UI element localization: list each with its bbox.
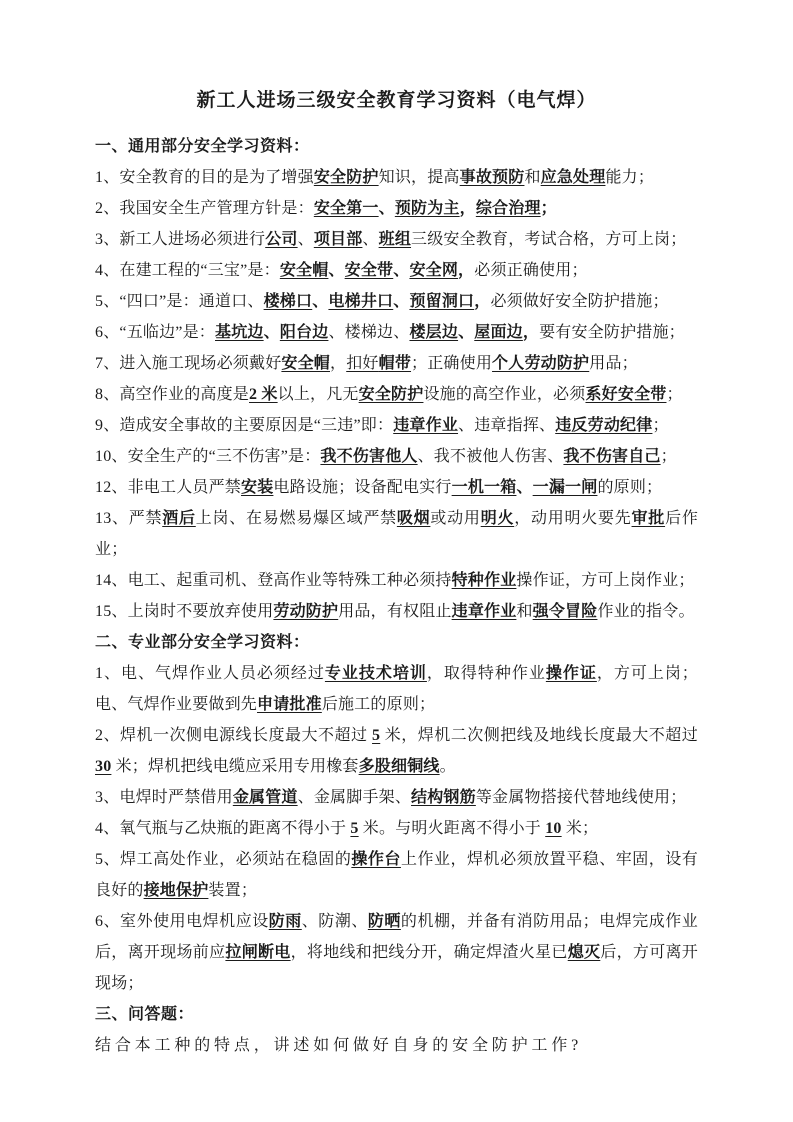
- text-segment: 4、氧气瓶与乙炔瓶的距离不得小于: [95, 820, 350, 837]
- text-segment: 劳动防护: [273, 603, 338, 620]
- text-segment: 、我不被他人伤害、: [418, 448, 564, 465]
- text-segment: ，将地线和把线分开，确定焊渣火星已: [291, 944, 568, 961]
- question-text: 结合本工种的特点，讲述如何做好自身的安全防护工作?: [95, 1030, 698, 1061]
- text-segment: 防雨: [269, 913, 302, 930]
- text-segment: 强令冒险: [533, 603, 598, 620]
- list-item: 4、氧气瓶与乙炔瓶的距离不得小于 5 米。与明火距离不得小于 10 米；: [95, 813, 698, 844]
- text-segment: 5: [350, 820, 358, 837]
- text-segment: 违章作业: [393, 417, 458, 434]
- text-segment: 申请批准: [257, 696, 322, 713]
- text-segment: 综合治理: [476, 200, 541, 217]
- text-segment: 多股细铜线: [359, 758, 440, 775]
- text-segment: 9、造成安全事故的主要原因是“三违”即：: [95, 417, 393, 434]
- list-item: 5、焊工高处作业，必须站在稳固的操作台上作业，焊机必须放置平稳、牢固，设有良好的…: [95, 844, 698, 906]
- text-segment: 3、新工人进场必须进行: [95, 231, 265, 248]
- list-item: 4、在建工程的“三宝”是：安全帽、安全带、安全网，必须正确使用；: [95, 255, 698, 286]
- text-segment: 楼层边: [409, 324, 458, 341]
- text-segment: 等金属物搭接代替地线使用；: [476, 789, 687, 806]
- text-segment: 7、进入施工现场必须戴好: [95, 355, 281, 372]
- text-segment: 。: [440, 758, 456, 775]
- text-segment: 、: [393, 293, 409, 310]
- list-item: 3、新工人进场必须进行公司、项目部、班组三级安全教育，考试合格，方可上岗；: [95, 224, 698, 255]
- text-segment: 用品，有权阻止: [338, 603, 451, 620]
- text-segment: 米；焊机把线电缆应采用专用橡套: [111, 758, 358, 775]
- text-segment: 扣好: [346, 355, 378, 372]
- text-segment: 电路设施；设备配电实行: [273, 479, 451, 496]
- list-item: 6、“五临边”是：基坑边、阳台边、楼梯边、楼层边、屋面边，要有安全防护措施；: [95, 317, 698, 348]
- list-item: 7、进入施工现场必须戴好安全帽，扣好帽带；正确使用个人劳动防护用品；: [95, 348, 698, 379]
- text-segment: 、: [393, 262, 409, 279]
- text-segment: 设施的高空作业，必须: [423, 386, 585, 403]
- text-segment: ；: [666, 386, 682, 403]
- text-segment: 4、在建工程的“三宝”是：: [95, 262, 280, 279]
- text-segment: 帽带: [379, 355, 411, 372]
- text-segment: ，: [330, 355, 346, 372]
- document-title: 新工人进场三级安全教育学习资料（电气焊）: [95, 86, 698, 116]
- text-segment: ，动用明火要先: [514, 510, 631, 527]
- text-segment: 5、“四口”是：通道口、: [95, 293, 264, 310]
- text-segment: 安全网: [409, 262, 458, 279]
- text-segment: ；: [652, 417, 668, 434]
- list-item: 8、高空作业的高度是2 米以上，凡无安全防护设施的高空作业，必须系好安全带；: [95, 379, 698, 410]
- list-item: 1、安全教育的目的是为了增强安全防护知识，提高事故预防和应急处理能力；: [95, 162, 698, 193]
- text-segment: 15、上岗时不要放弃使用: [95, 603, 273, 620]
- text-segment: 30: [95, 758, 111, 775]
- section-heading: 三、问答题：: [95, 999, 698, 1030]
- text-segment: 、: [298, 231, 314, 248]
- text-segment: 能力；: [605, 169, 654, 186]
- text-segment: 、: [264, 324, 280, 341]
- text-segment: 一机一箱: [452, 479, 517, 496]
- text-segment: 操作证，方可上岗作业；: [516, 572, 694, 589]
- text-segment: 必须做好安全防护措施；: [490, 293, 668, 310]
- text-segment: 操作证: [546, 665, 597, 682]
- text-segment: 应急处理: [541, 169, 606, 186]
- list-item: 2、焊机一次侧电源线长度最大不超过 5 米，焊机二次侧把线及地线长度最大不超过 …: [95, 720, 698, 782]
- text-segment: 、: [379, 200, 395, 217]
- text-segment: 1、电、气焊作业人员必须经过: [95, 665, 325, 682]
- text-segment: 我不伤害他人: [320, 448, 417, 465]
- text-segment: 吸烟: [397, 510, 431, 527]
- document-page: 新工人进场三级安全教育学习资料（电气焊） 一、通用部分安全学习资料：1、安全教育…: [0, 0, 793, 1122]
- text-segment: 1、安全教育的目的是为了增强: [95, 169, 314, 186]
- text-segment: 、: [312, 293, 328, 310]
- text-segment: 安全第一: [314, 200, 379, 217]
- text-segment: 6、室外使用电焊机应设: [95, 913, 269, 930]
- text-segment: ，取得特种作业: [427, 665, 546, 682]
- text-segment: 安全帽: [280, 262, 329, 279]
- text-segment: 拉闸断电: [225, 944, 290, 961]
- text-segment: 米；: [562, 820, 599, 837]
- text-segment: 预留洞口: [409, 293, 474, 310]
- text-segment: 班组: [379, 231, 411, 248]
- text-segment: 要有安全防护措施；: [539, 324, 685, 341]
- text-segment: 操作台: [351, 851, 401, 868]
- text-segment: 熄灭: [568, 944, 601, 961]
- text-segment: 系好安全带: [585, 386, 666, 403]
- section-heading: 二、专业部分安全学习资料：: [95, 627, 698, 658]
- text-segment: 结构钢筋: [411, 789, 476, 806]
- text-segment: 12、非电工人员严禁: [95, 479, 241, 496]
- list-item: 6、室外使用电焊机应设防雨、防潮、防晒的机棚，并备有消防用品；电焊完成作业后，离…: [95, 906, 698, 999]
- text-segment: 后施工的原则；: [322, 696, 435, 713]
- text-segment: 特种作业: [452, 572, 517, 589]
- text-segment: 安全带: [345, 262, 394, 279]
- text-segment: 结合本工种的特点，讲述如何做好自身的安全防护工作?: [95, 1037, 582, 1054]
- list-item: 13、严禁酒后上岗、在易燃易爆区域严禁吸烟或动用明火，动用明火要先审批后作业；: [95, 503, 698, 565]
- text-segment: 三级安全教育，考试合格，方可上岗；: [411, 231, 686, 248]
- text-segment: 安装: [241, 479, 273, 496]
- text-segment: 、违章指挥、: [458, 417, 555, 434]
- text-segment: 违章作业: [452, 603, 517, 620]
- list-item: 9、造成安全事故的主要原因是“三违”即：违章作业、违章指挥、违反劳动纪律；: [95, 410, 698, 441]
- text-segment: 项目部: [314, 231, 363, 248]
- list-item: 10、安全生产的“三不伤害”是：我不伤害他人、我不被他人伤害、我不伤害自己；: [95, 441, 698, 472]
- text-segment: 事故预防: [460, 169, 525, 186]
- text-segment: 或动用: [430, 510, 480, 527]
- text-segment: 10: [545, 820, 561, 837]
- text-segment: ，: [460, 200, 476, 217]
- text-segment: 安全帽: [281, 355, 330, 372]
- text-segment: 、: [362, 231, 378, 248]
- text-segment: 个人劳动防护: [492, 355, 589, 372]
- text-segment: 违反劳动纪律: [555, 417, 652, 434]
- text-segment: 专业技术培训: [325, 665, 427, 682]
- text-segment: 8、高空作业的高度是: [95, 386, 249, 403]
- text-segment: 2、焊机一次侧电源线长度最大不超过: [95, 727, 372, 744]
- text-segment: 酒后: [162, 510, 196, 527]
- text-segment: 上岗、在易燃易爆区域严禁: [196, 510, 397, 527]
- text-segment: 14、电工、起重司机、登高作业等特殊工种必须持: [95, 572, 452, 589]
- text-segment: 米，焊机二次侧把线及地线长度最大不超过: [380, 727, 702, 744]
- text-segment: 10、安全生产的“三不伤害”是：: [95, 448, 320, 465]
- sections: 一、通用部分安全学习资料：1、安全教育的目的是为了增强安全防护知识，提高事故预防…: [95, 131, 698, 1061]
- text-segment: 安全防护: [314, 169, 379, 186]
- text-segment: 、: [458, 324, 474, 341]
- text-segment: ；正确使用: [411, 355, 492, 372]
- text-segment: 我不伤害自己: [563, 448, 660, 465]
- list-item: 1、电、气焊作业人员必须经过专业技术培训，取得特种作业操作证，方可上岗；电、气焊…: [95, 658, 698, 720]
- text-segment: 预防为主: [395, 200, 460, 217]
- text-segment: 、: [328, 262, 344, 279]
- text-segment: 、楼梯边、: [328, 324, 409, 341]
- text-segment: 2、我国安全生产管理方针是：: [95, 200, 314, 217]
- list-item: 15、上岗时不要放弃使用劳动防护用品，有权阻止违章作业和强令冒险作业的指令。: [95, 596, 698, 627]
- text-segment: ，: [474, 293, 490, 310]
- text-segment: 、: [516, 479, 532, 496]
- text-segment: 明火: [481, 510, 515, 527]
- text-segment: 防晒: [368, 913, 401, 930]
- list-item: 3、电焊时严禁借用金属管道、金属脚手架、结构钢筋等金属物搭接代替地线使用；: [95, 782, 698, 813]
- text-segment: 米。与明火距离不得小于: [359, 820, 546, 837]
- text-segment: ，: [458, 262, 474, 279]
- text-segment: ；: [661, 448, 677, 465]
- list-item: 14、电工、起重司机、登高作业等特殊工种必须持特种作业操作证，方可上岗作业；: [95, 565, 698, 596]
- text-segment: 、防潮、: [302, 913, 368, 930]
- text-segment: 安全防护: [359, 386, 424, 403]
- text-segment: 审批: [632, 510, 666, 527]
- text-segment: 作业的指令。: [597, 603, 694, 620]
- text-segment: ，: [523, 324, 539, 341]
- text-segment: 6、“五临边”是：: [95, 324, 215, 341]
- text-segment: 必须正确使用；: [474, 262, 587, 279]
- text-segment: 和: [524, 169, 540, 186]
- text-segment: 5、焊工高处作业，必须站在稳固的: [95, 851, 351, 868]
- text-segment: 、金属脚手架、: [298, 789, 411, 806]
- text-segment: 接地保护: [144, 882, 209, 899]
- list-item: 2、我国安全生产管理方针是：安全第一、预防为主，综合治理；: [95, 193, 698, 224]
- text-segment: 一漏一闸: [533, 479, 598, 496]
- list-item: 12、非电工人员严禁安装电路设施；设备配电实行一机一箱、一漏一闸的原则；: [95, 472, 698, 503]
- text-segment: 2 米: [249, 386, 278, 403]
- text-segment: 基坑边: [215, 324, 264, 341]
- text-segment: 3、电焊时严禁借用: [95, 789, 233, 806]
- text-segment: 用品；: [589, 355, 638, 372]
- text-segment: 电梯井口: [328, 293, 393, 310]
- text-segment: 公司: [265, 231, 297, 248]
- text-segment: 屋面边: [474, 324, 523, 341]
- text-segment: 知识，提高: [379, 169, 460, 186]
- text-segment: 装置；: [208, 882, 257, 899]
- section-heading: 一、通用部分安全学习资料：: [95, 131, 698, 162]
- text-segment: 阳台边: [280, 324, 329, 341]
- list-item: 5、“四口”是：通道口、楼梯口、电梯井口、预留洞口，必须做好安全防护措施；: [95, 286, 698, 317]
- text-segment: 13、严禁: [95, 510, 162, 527]
- text-segment: 以上，凡无: [278, 386, 359, 403]
- text-segment: 金属管道: [233, 789, 298, 806]
- text-segment: 和: [516, 603, 532, 620]
- text-segment: 楼梯口: [264, 293, 313, 310]
- text-segment: 的原则；: [597, 479, 662, 496]
- text-segment: ；: [541, 200, 557, 217]
